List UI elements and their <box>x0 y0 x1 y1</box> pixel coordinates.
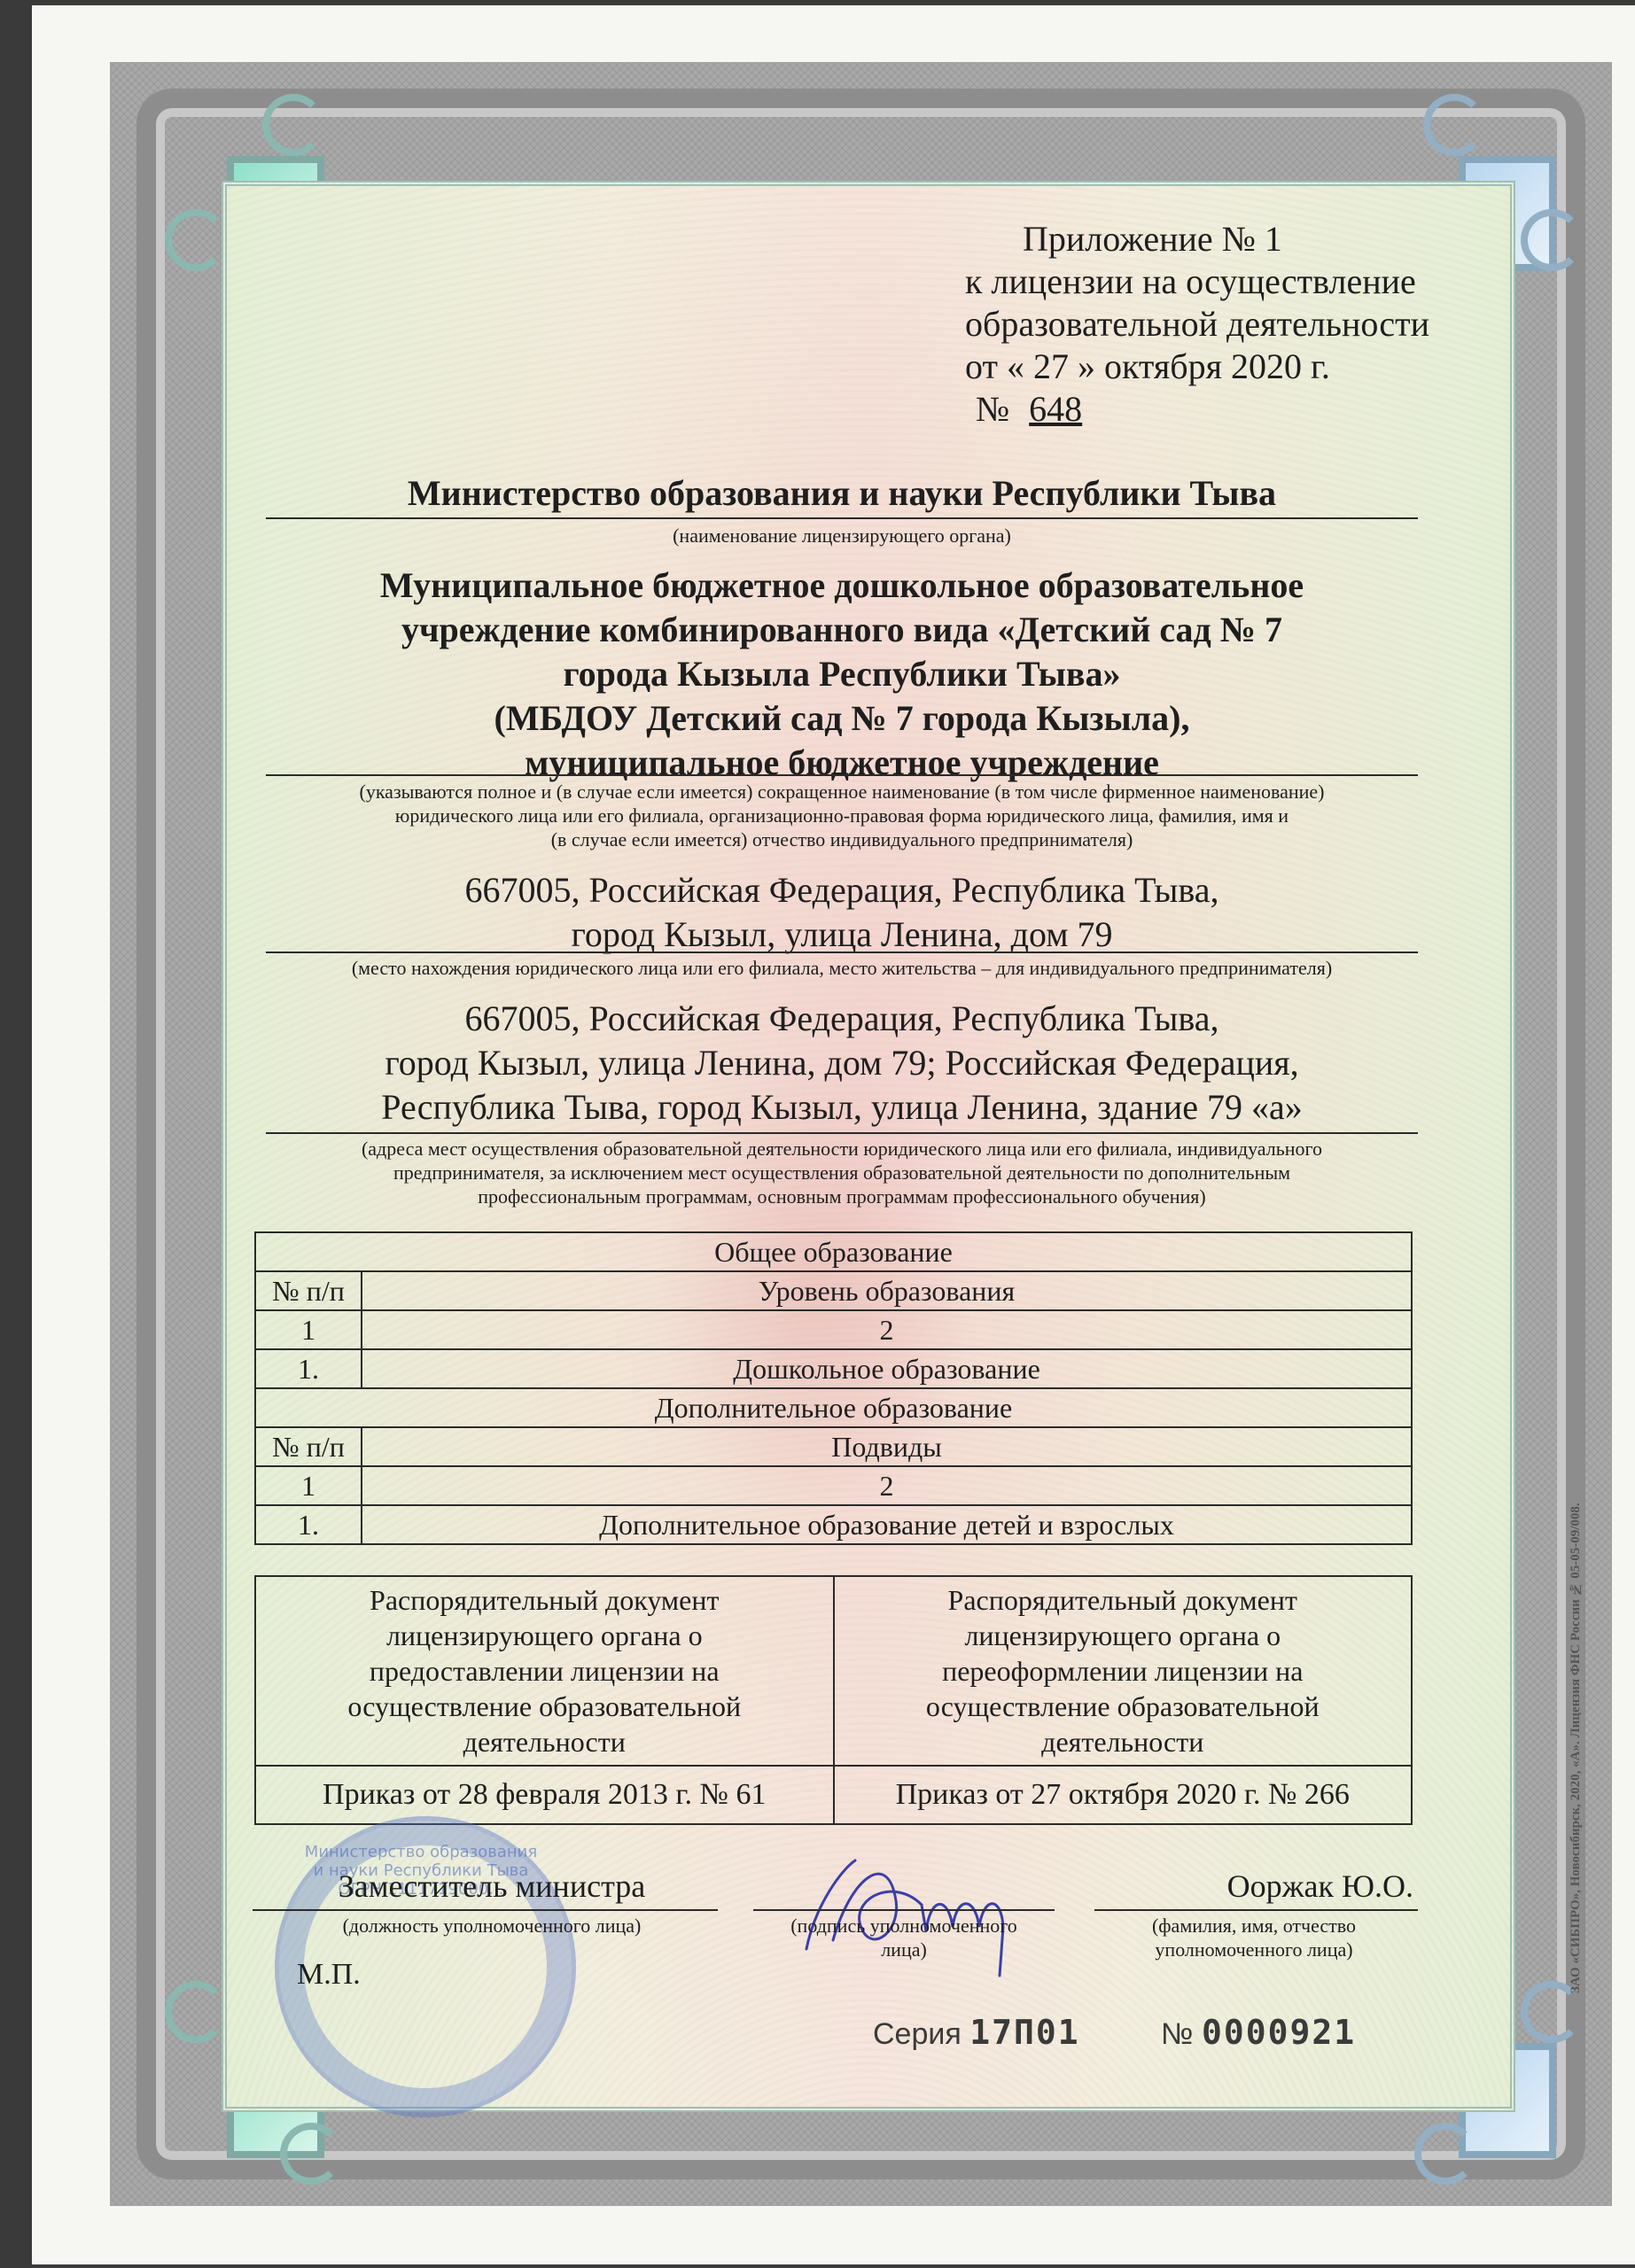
header-line: переоформлении лицензии на <box>842 1653 1405 1689</box>
position-caption: (должность уполномоченного лица) <box>266 1914 718 1938</box>
signature-line <box>753 1909 1055 1911</box>
table-row: 1. Дополнительное образование детей и вз… <box>255 1505 1412 1544</box>
blank-number: № 0000921 <box>1161 2013 1356 2052</box>
header-line: лицензирующего органа о <box>263 1618 826 1653</box>
appendix-header: Приложение № 1 к лицензии на осуществлен… <box>965 218 1461 431</box>
address-line: город Кызыл, улица Ленина, дом 79 <box>266 913 1418 957</box>
license-number: 648 <box>1018 389 1093 429</box>
address-line: 667005, Российская Федерация, Республика… <box>266 868 1418 913</box>
blank-series: Серия 17П01 <box>873 2013 1080 2052</box>
licensing-body-name: Министерство образования и науки Республ… <box>266 472 1418 514</box>
licensee-line: муниципальное бюджетное учреждение <box>266 741 1418 785</box>
divider <box>266 517 1418 519</box>
header-line: осуществление образовательной <box>263 1689 826 1724</box>
caption-line: предпринимателя, за исключением мест осу… <box>266 1161 1418 1184</box>
column-index: 2 <box>362 1466 1412 1505</box>
activity-addresses: 667005, Российская Федерация, Республика… <box>266 997 1418 1130</box>
caption-line: (фамилия, имя, отчество <box>1108 1914 1400 1938</box>
licensing-body-caption: (наименование лицензирующего органа) <box>266 524 1418 548</box>
table-section-row: Общее образование <box>255 1232 1412 1271</box>
address-line: город Кызыл, улица Ленина, дом 79; Росси… <box>266 1041 1418 1085</box>
appendix-title: Приложение № 1 <box>965 218 1461 260</box>
order-reissue-header: Распорядительный документ лицензирующего… <box>834 1576 1413 1766</box>
header-line: предоставлении лицензии на <box>263 1653 826 1689</box>
licensee-line: города Кызыла Республики Тыва» <box>266 652 1418 696</box>
column-header-subtypes: Подвиды <box>362 1427 1412 1466</box>
table-section-row: Дополнительное образование <box>255 1388 1412 1427</box>
signatory-name: Ооржак Ю.О. <box>1094 1868 1413 1905</box>
series-value: 17П01 <box>969 2013 1079 2052</box>
header-line: осуществление образовательной <box>842 1689 1405 1724</box>
order-grant-value: Приказ от 28 февраля 2013 г. № 61 <box>255 1766 834 1824</box>
series-label: Серия <box>873 2017 962 2051</box>
licensee-caption: (указываются полное и (в случае если име… <box>266 780 1418 851</box>
appendix-line: образовательной деятельности <box>965 303 1461 346</box>
order-reissue-value: Приказ от 27 октября 2020 г. № 266 <box>834 1766 1413 1824</box>
address-line: Республика Тыва, город Кызыл, улица Лени… <box>266 1085 1418 1130</box>
header-line: деятельности <box>263 1724 826 1759</box>
column-header-level: Уровень образования <box>362 1271 1412 1310</box>
divider <box>266 774 1418 776</box>
address-line: 667005, Российская Федерация, Республика… <box>266 997 1418 1041</box>
section-title-additional: Дополнительное образование <box>255 1388 1412 1427</box>
row-value: Дошкольное образование <box>362 1349 1412 1388</box>
activity-addresses-caption: (адреса мест осуществления образовательн… <box>266 1137 1418 1208</box>
section-title-general: Общее образование <box>255 1232 1412 1271</box>
caption-line: уполномоченного лица) <box>1108 1938 1400 1961</box>
signature-line <box>253 1909 718 1911</box>
orders-table: Распорядительный документ лицензирующего… <box>254 1575 1413 1825</box>
header-line: Распорядительный документ <box>263 1582 826 1618</box>
signature-caption: (подпись уполномоченного лица) <box>753 1914 1055 1961</box>
column-index: 1 <box>255 1466 362 1505</box>
legal-address: 667005, Российская Федерация, Республика… <box>266 868 1418 957</box>
signature-line <box>1094 1909 1418 1911</box>
number-value: 0000921 <box>1202 2013 1356 2052</box>
column-index: 1 <box>255 1310 362 1349</box>
printer-imprint: ЗАО «СИБПРО», Новосибирск, 2020, «А». Ли… <box>1569 1462 1593 1993</box>
appendix-date: от « 27 » октября 2020 г. <box>965 346 1461 388</box>
row-number: 1. <box>255 1349 362 1388</box>
column-header-number: № п/п <box>255 1427 362 1466</box>
table-index-row: 1 2 <box>255 1466 1412 1505</box>
number-sign: № <box>976 389 1009 429</box>
caption-line: профессиональным программам, основным пр… <box>266 1184 1418 1208</box>
licensee-line: (МБДОУ Детский сад № 7 города Кызыла), <box>266 696 1418 741</box>
caption-line: (указываются полное и (в случае если име… <box>266 780 1418 804</box>
row-value: Дополнительное образование детей и взрос… <box>362 1505 1412 1544</box>
licensee-line: учреждение комбинированного вида «Детски… <box>266 608 1418 652</box>
appendix-line: к лицензии на осуществление <box>965 260 1461 303</box>
column-index: 2 <box>362 1310 1412 1349</box>
caption-line: (в случае если имеется) отчество индивид… <box>266 827 1418 851</box>
table-index-row: 1 2 <box>255 1310 1412 1349</box>
table-header-row: № п/п Уровень образования <box>255 1271 1412 1310</box>
header-line: лицензирующего органа о <box>842 1618 1405 1653</box>
header-line: деятельности <box>842 1724 1405 1759</box>
licensee-name: Муниципальное бюджетное дошкольное образ… <box>266 563 1418 785</box>
seal-mark: М.П. <box>297 1958 361 1992</box>
appendix-number: № 648 <box>965 388 1461 431</box>
column-header-number: № п/п <box>255 1271 362 1310</box>
order-grant-header: Распорядительный документ лицензирующего… <box>255 1576 834 1766</box>
caption-line: лица) <box>753 1938 1055 1961</box>
table-row: 1. Дошкольное образование <box>255 1349 1412 1388</box>
caption-line: (подпись уполномоченного <box>753 1914 1055 1938</box>
row-number: 1. <box>255 1505 362 1544</box>
caption-line: юридического лица или его филиала, орган… <box>266 804 1418 827</box>
number-label: № <box>1161 2017 1193 2051</box>
legal-address-caption: (место нахождения юридического лица или … <box>266 956 1418 980</box>
table-header-row: № п/п Подвиды <box>255 1427 1412 1466</box>
signatory-position: Заместитель министра <box>266 1868 718 1905</box>
divider <box>266 1132 1418 1134</box>
licensee-line: Муниципальное бюджетное дошкольное образ… <box>266 563 1418 608</box>
orders-header-row: Распорядительный документ лицензирующего… <box>255 1576 1412 1766</box>
caption-line: (адреса мест осуществления образовательн… <box>266 1137 1418 1161</box>
education-table: Общее образование № п/п Уровень образова… <box>254 1231 1413 1545</box>
name-caption: (фамилия, имя, отчество уполномоченного … <box>1108 1914 1400 1961</box>
header-line: Распорядительный документ <box>842 1582 1405 1618</box>
divider <box>266 951 1418 953</box>
